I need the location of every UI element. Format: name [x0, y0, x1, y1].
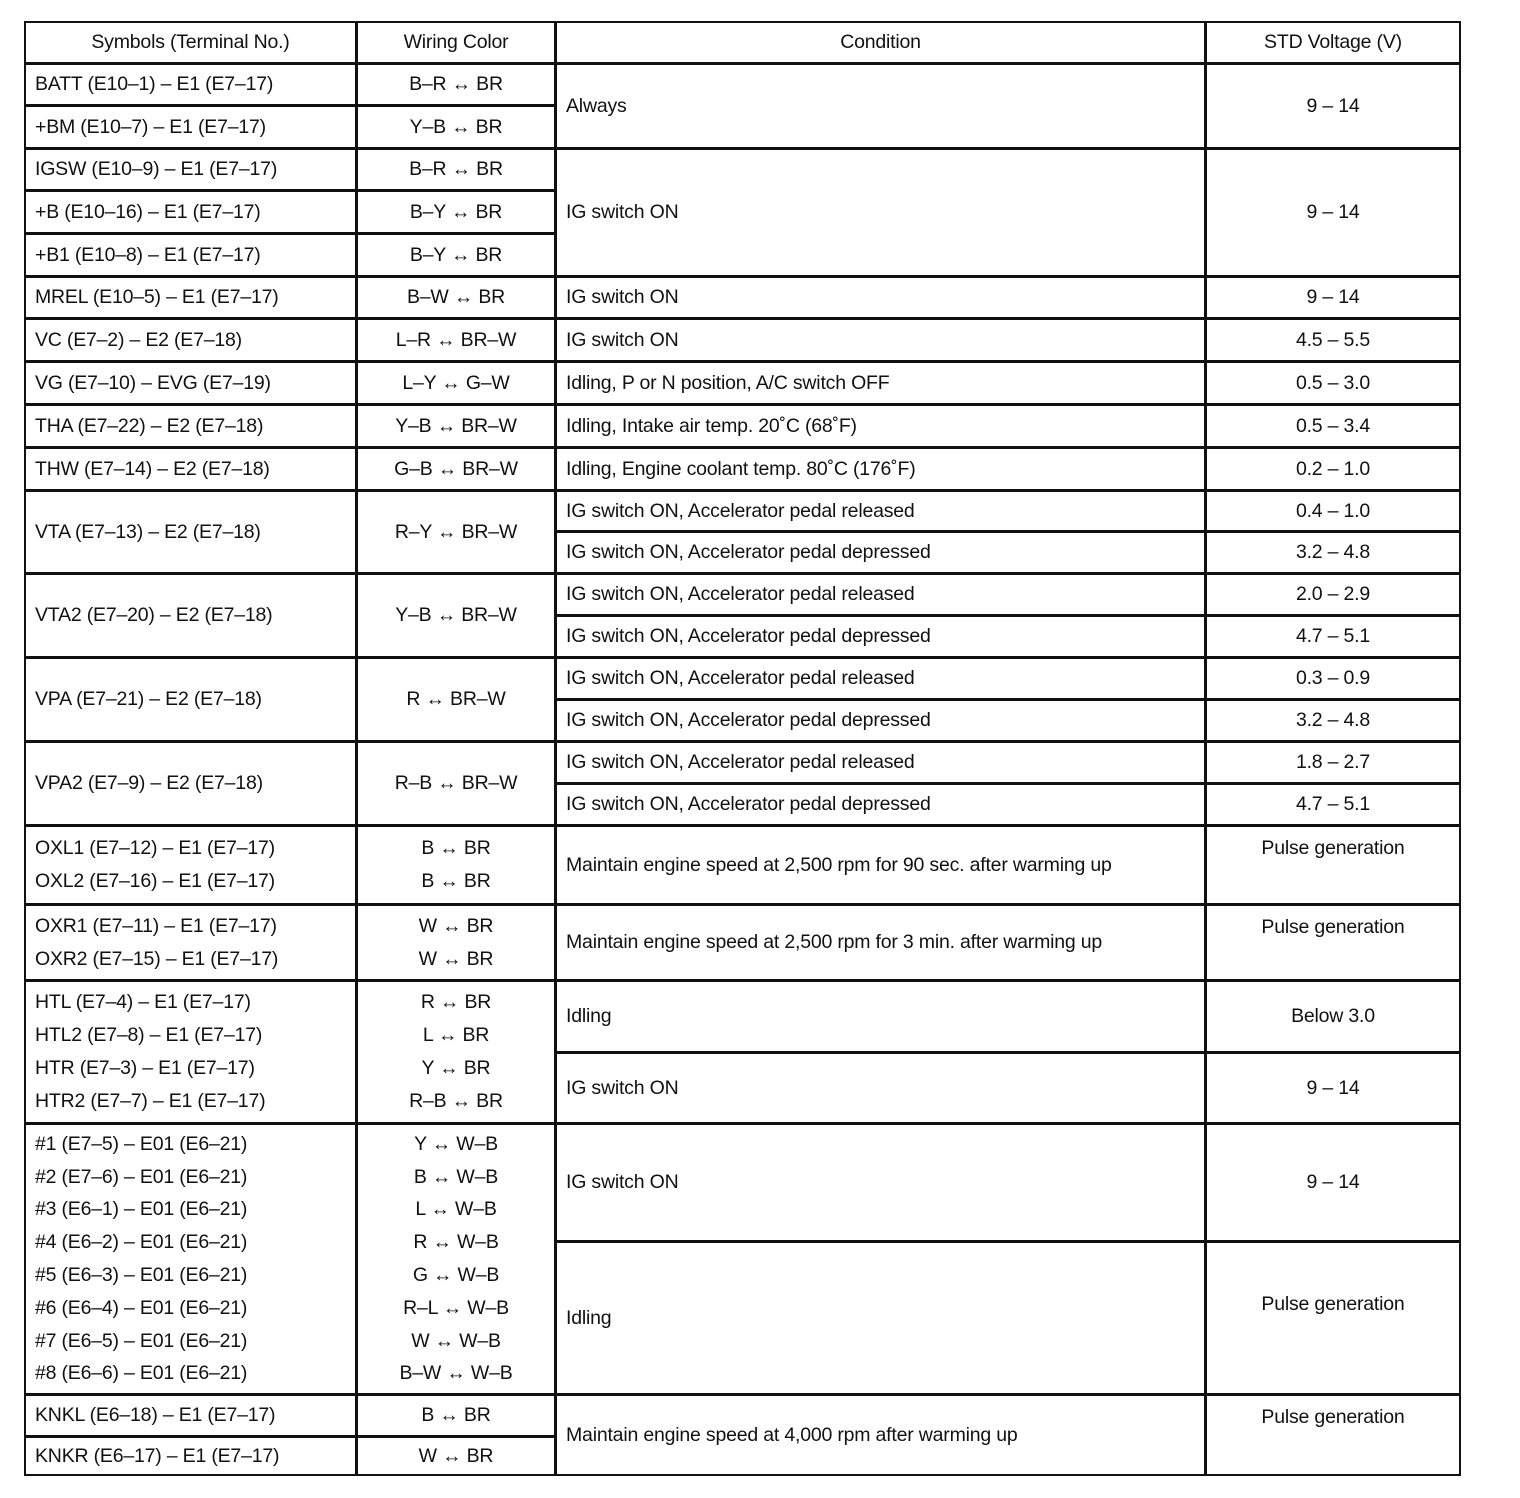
symbol-cell-oxr: OXR1 (E7–11) – E1 (E7–17) OXR2 (E7–15) –…	[24, 904, 357, 981]
wiring-cell-mrel: B–W ↔ BR	[356, 276, 556, 319]
voltage-cell-vpa2-depressed: 4.7 – 5.1	[1205, 783, 1461, 826]
symbol-cell-b: +B (E10–16) – E1 (E7–17)	[24, 190, 357, 234]
voltage-cell-knock: Pulse generation	[1205, 1394, 1461, 1476]
wiring-cell-knkl: B ↔ BR	[356, 1394, 556, 1437]
voltage-cell-mrel: 9 – 14	[1205, 276, 1461, 319]
voltage-cell-thw: 0.2 – 1.0	[1205, 447, 1461, 491]
wiring-cell-bm: Y–B ↔ BR	[356, 105, 556, 149]
symbol-cell-vpa2: VPA2 (E7–9) – E2 (E7–18)	[24, 741, 357, 826]
wiring-cell-b: B–Y ↔ BR	[356, 190, 556, 234]
voltage-cell-always: 9 – 14	[1205, 63, 1461, 149]
condition-cell-mrel: IG switch ON	[555, 276, 1206, 319]
condition-cell-vta-released: IG switch ON, Accelerator pedal released	[555, 490, 1206, 532]
symbol-line: #4 (E6–2) – E01 (E6–21)	[35, 1226, 247, 1259]
voltage-cell-vpa2-released: 1.8 – 2.7	[1205, 741, 1461, 784]
wiring-line: B ↔ BR	[421, 832, 490, 865]
wiring-cell-vta2: Y–B ↔ BR–W	[356, 573, 556, 658]
wiring-line: W ↔ BR	[419, 910, 494, 943]
symbol-line: HTR (E7–3) – E1 (E7–17)	[35, 1052, 265, 1085]
condition-cell-tha: Idling, Intake air temp. 20˚C (68˚F)	[555, 404, 1206, 448]
symbol-cell-vta2: VTA2 (E7–20) – E2 (E7–18)	[24, 573, 357, 658]
symbol-line: #8 (E6–6) – E01 (E6–21)	[35, 1357, 247, 1390]
wiring-line: W ↔ W–B	[399, 1325, 512, 1358]
wiring-line: R ↔ W–B	[399, 1226, 512, 1259]
header-symbols: Symbols (Terminal No.)	[24, 21, 357, 64]
symbol-cell-b1: +B1 (E10–8) – E1 (E7–17)	[24, 233, 357, 277]
voltage-cell-vta2-released: 2.0 – 2.9	[1205, 573, 1461, 616]
condition-cell-vpa-released: IG switch ON, Accelerator pedal released	[555, 657, 1206, 700]
symbol-cell-tha: THA (E7–22) – E2 (E7–18)	[24, 404, 357, 448]
voltage-cell-injectors-ig-on: 9 – 14	[1205, 1123, 1461, 1242]
symbol-cell-injectors: #1 (E7–5) – E01 (E6–21) #2 (E7–6) – E01 …	[24, 1123, 357, 1395]
wiring-line: Y ↔ BR	[409, 1052, 503, 1085]
symbol-cell-vpa: VPA (E7–21) – E2 (E7–18)	[24, 657, 357, 742]
wiring-line: R–L ↔ W–B	[399, 1292, 512, 1325]
wiring-cell-vpa2: R–B ↔ BR–W	[356, 741, 556, 826]
condition-cell-vta2-depressed: IG switch ON, Accelerator pedal depresse…	[555, 615, 1206, 658]
condition-cell-always: Always	[555, 63, 1206, 149]
symbol-line: OXR2 (E7–15) – E1 (E7–17)	[35, 943, 278, 976]
wiring-cell-vta: R–Y ↔ BR–W	[356, 490, 556, 574]
wiring-line: B ↔ W–B	[399, 1161, 512, 1194]
condition-cell-heaters-idling: Idling	[555, 980, 1206, 1053]
wiring-cell-oxl: B ↔ BR B ↔ BR	[356, 825, 556, 905]
symbol-line: OXR1 (E7–11) – E1 (E7–17)	[35, 910, 278, 943]
voltage-cell-heaters-idling: Below 3.0	[1205, 980, 1461, 1053]
symbol-line: #3 (E6–1) – E01 (E6–21)	[35, 1193, 247, 1226]
condition-cell-thw: Idling, Engine coolant temp. 80˚C (176˚F…	[555, 447, 1206, 491]
voltage-cell-vpa-released: 0.3 – 0.9	[1205, 657, 1461, 700]
condition-cell-vpa-depressed: IG switch ON, Accelerator pedal depresse…	[555, 699, 1206, 742]
wiring-cell-vg: L–Y ↔ G–W	[356, 361, 556, 405]
symbol-line: HTR2 (E7–7) – E1 (E7–17)	[35, 1085, 265, 1118]
symbol-cell-vta: VTA (E7–13) – E2 (E7–18)	[24, 490, 357, 574]
condition-cell-oxr: Maintain engine speed at 2,500 rpm for 3…	[555, 904, 1206, 981]
symbol-cell-igsw: IGSW (E10–9) – E1 (E7–17)	[24, 148, 357, 191]
wiring-cell-batt: B–R ↔ BR	[356, 63, 556, 106]
symbol-cell-heaters: HTL (E7–4) – E1 (E7–17) HTL2 (E7–8) – E1…	[24, 980, 357, 1124]
symbol-line: #7 (E6–5) – E01 (E6–21)	[35, 1325, 247, 1358]
condition-cell-knock: Maintain engine speed at 4,000 rpm after…	[555, 1394, 1206, 1476]
voltage-cell-oxr: Pulse generation	[1205, 904, 1461, 981]
voltage-cell-vta2-depressed: 4.7 – 5.1	[1205, 615, 1461, 658]
voltage-cell-injectors-idling: Pulse generation	[1205, 1241, 1461, 1395]
ecu-terminal-voltage-table: Symbols (Terminal No.) Wiring Color Cond…	[0, 0, 1520, 1498]
wiring-cell-vc: L–R ↔ BR–W	[356, 318, 556, 362]
wiring-cell-knkr: W ↔ BR	[356, 1436, 556, 1476]
voltage-cell-vg: 0.5 – 3.0	[1205, 361, 1461, 405]
wiring-cell-injectors: Y ↔ W–B B ↔ W–B L ↔ W–B R ↔ W–B G ↔ W–B …	[356, 1123, 556, 1395]
condition-cell-vpa2-released: IG switch ON, Accelerator pedal released	[555, 741, 1206, 784]
header-std-voltage: STD Voltage (V)	[1205, 21, 1461, 64]
symbol-line: OXL1 (E7–12) – E1 (E7–17)	[35, 832, 275, 865]
symbol-cell-vc: VC (E7–2) – E2 (E7–18)	[24, 318, 357, 362]
wiring-cell-thw: G–B ↔ BR–W	[356, 447, 556, 491]
wiring-line: Y ↔ W–B	[399, 1128, 512, 1161]
voltage-cell-vc: 4.5 – 5.5	[1205, 318, 1461, 362]
symbol-cell-knkr: KNKR (E6–17) – E1 (E7–17)	[24, 1436, 357, 1476]
symbol-line: #1 (E7–5) – E01 (E6–21)	[35, 1128, 247, 1161]
condition-cell-heaters-ig-on: IG switch ON	[555, 1052, 1206, 1124]
symbol-cell-batt: BATT (E10–1) – E1 (E7–17)	[24, 63, 357, 106]
symbol-line: HTL (E7–4) – E1 (E7–17)	[35, 986, 265, 1019]
symbol-cell-vg: VG (E7–10) – EVG (E7–19)	[24, 361, 357, 405]
condition-cell-ig-on: IG switch ON	[555, 148, 1206, 277]
symbol-cell-knkl: KNKL (E6–18) – E1 (E7–17)	[24, 1394, 357, 1437]
condition-cell-vta2-released: IG switch ON, Accelerator pedal released	[555, 573, 1206, 616]
wiring-line: G ↔ W–B	[399, 1259, 512, 1292]
voltage-cell-vta-depressed: 3.2 – 4.8	[1205, 531, 1461, 574]
condition-cell-vpa2-depressed: IG switch ON, Accelerator pedal depresse…	[555, 783, 1206, 826]
condition-cell-vc: IG switch ON	[555, 318, 1206, 362]
condition-cell-injectors-idling: Idling	[555, 1241, 1206, 1395]
wiring-line: R ↔ BR	[409, 986, 503, 1019]
symbol-cell-oxl: OXL1 (E7–12) – E1 (E7–17) OXL2 (E7–16) –…	[24, 825, 357, 905]
symbol-line: OXL2 (E7–16) – E1 (E7–17)	[35, 865, 275, 898]
symbol-line: #2 (E7–6) – E01 (E6–21)	[35, 1161, 247, 1194]
voltage-cell-vta-released: 0.4 – 1.0	[1205, 490, 1461, 532]
symbol-line: #5 (E6–3) – E01 (E6–21)	[35, 1259, 247, 1292]
voltage-cell-ig-on: 9 – 14	[1205, 148, 1461, 277]
condition-cell-injectors-ig-on: IG switch ON	[555, 1123, 1206, 1242]
wiring-cell-igsw: B–R ↔ BR	[356, 148, 556, 191]
voltage-cell-vpa-depressed: 3.2 – 4.8	[1205, 699, 1461, 742]
wiring-line: W ↔ BR	[419, 943, 494, 976]
condition-cell-vta-depressed: IG switch ON, Accelerator pedal depresse…	[555, 531, 1206, 574]
voltage-cell-oxl: Pulse generation	[1205, 825, 1461, 905]
header-wiring-color: Wiring Color	[356, 21, 556, 64]
wiring-cell-oxr: W ↔ BR W ↔ BR	[356, 904, 556, 981]
symbol-cell-thw: THW (E7–14) – E2 (E7–18)	[24, 447, 357, 491]
wiring-line: B–W ↔ W–B	[399, 1357, 512, 1390]
wiring-cell-vpa: R ↔ BR–W	[356, 657, 556, 742]
wiring-cell-b1: B–Y ↔ BR	[356, 233, 556, 277]
symbol-line: #6 (E6–4) – E01 (E6–21)	[35, 1292, 247, 1325]
voltage-cell-heaters-ig-on: 9 – 14	[1205, 1052, 1461, 1124]
condition-cell-oxl: Maintain engine speed at 2,500 rpm for 9…	[555, 825, 1206, 905]
wiring-cell-heaters: R ↔ BR L ↔ BR Y ↔ BR R–B ↔ BR	[356, 980, 556, 1124]
wiring-line: R–B ↔ BR	[409, 1085, 503, 1118]
wiring-line: L ↔ BR	[409, 1019, 503, 1052]
symbol-line: HTL2 (E7–8) – E1 (E7–17)	[35, 1019, 265, 1052]
wiring-cell-tha: Y–B ↔ BR–W	[356, 404, 556, 448]
header-condition: Condition	[555, 21, 1206, 64]
wiring-line: B ↔ BR	[421, 865, 490, 898]
symbol-cell-bm: +BM (E10–7) – E1 (E7–17)	[24, 105, 357, 149]
condition-cell-vg: Idling, P or N position, A/C switch OFF	[555, 361, 1206, 405]
wiring-line: L ↔ W–B	[399, 1193, 512, 1226]
voltage-cell-tha: 0.5 – 3.4	[1205, 404, 1461, 448]
symbol-cell-mrel: MREL (E10–5) – E1 (E7–17)	[24, 276, 357, 319]
